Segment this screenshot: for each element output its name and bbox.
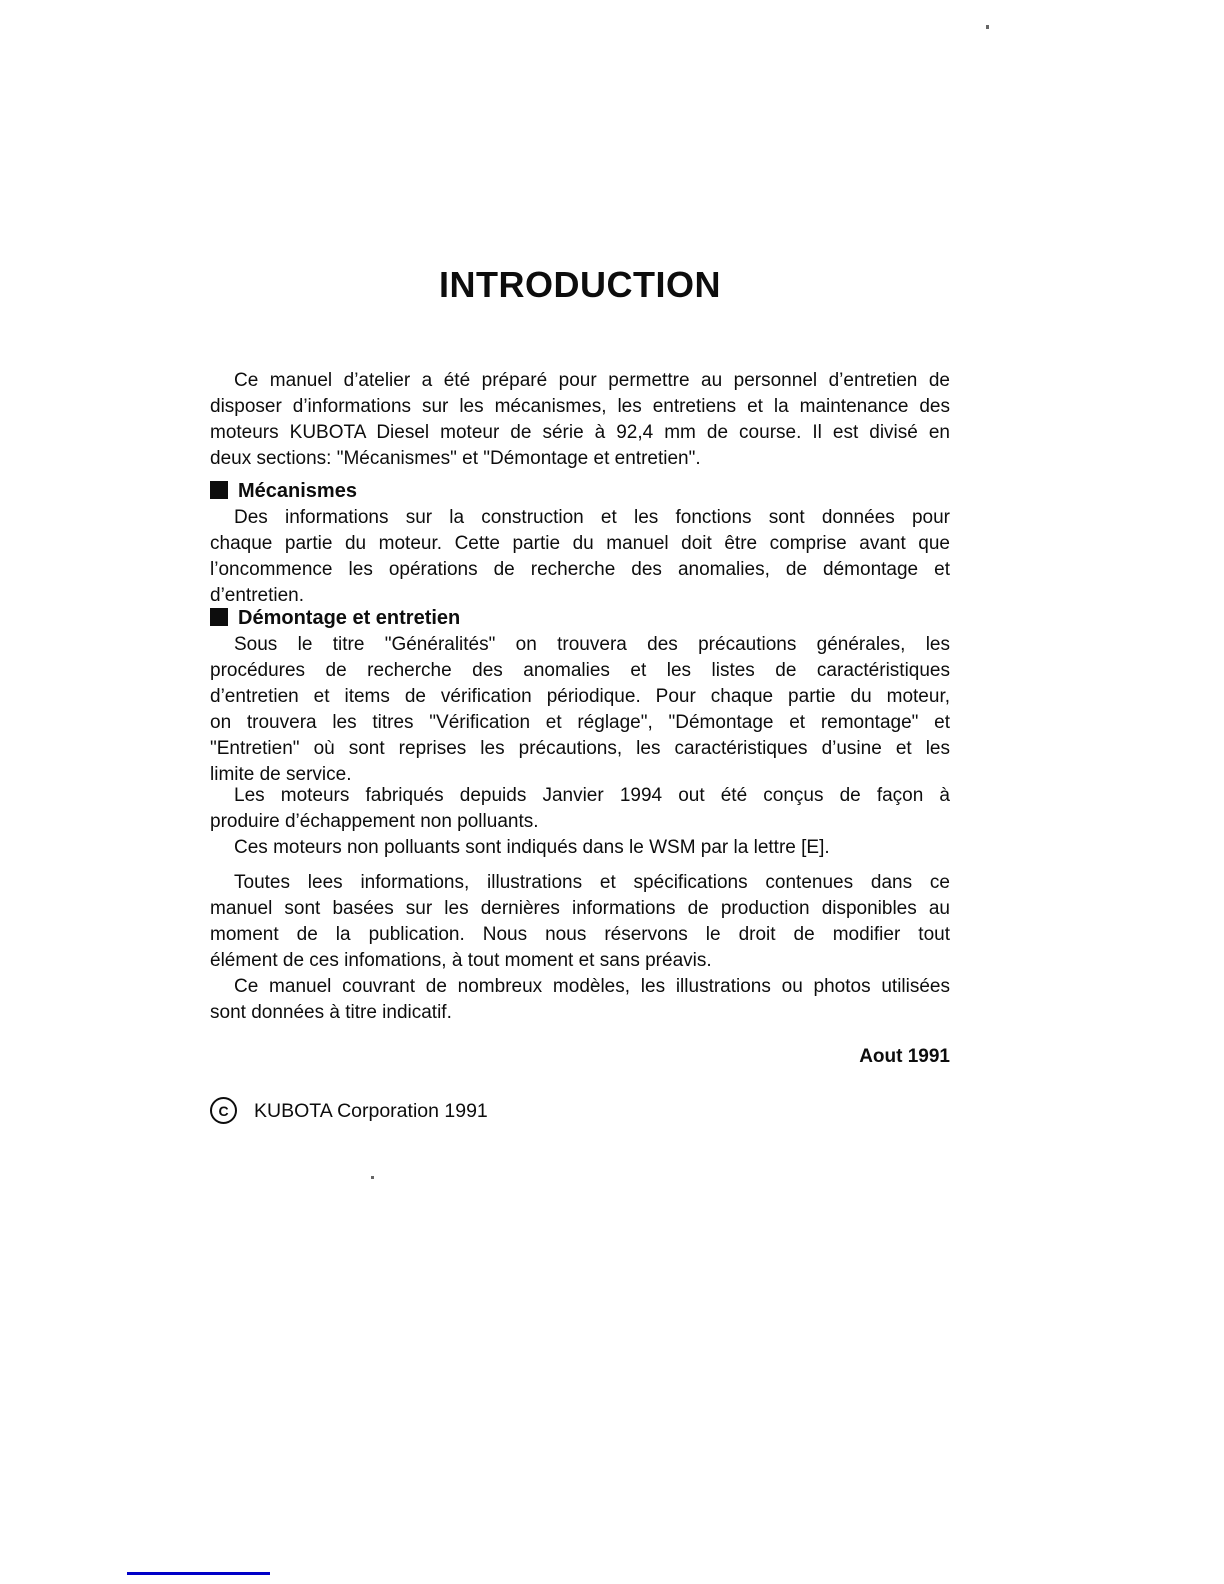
publication-date: Aout 1991 [210,1044,950,1070]
text-line: manuel sont basées sur les dernières inf… [210,896,950,922]
intro-paragraph: Ce manuel d’atelier a été préparé pour p… [210,368,950,472]
text-line: Sous le titre "Généralités" on trouvera … [210,632,950,658]
copyright-line: C KUBOTA Corporation 1991 [210,1097,950,1124]
text-line: élément de ces infomations, à tout momen… [210,948,950,974]
black-square-bullet-icon [210,481,228,499]
text-line: produire d’échappement non polluants. [210,809,950,835]
manual-page: INTRODUCTION Ce manuel d’atelier a été p… [0,0,1224,1584]
demontage-paragraph: Sous le titre "Généralités" on trouvera … [210,632,950,788]
section-heading-label: Démontage et entretien [238,607,460,629]
section-heading-demontage: Démontage et entretien [210,605,950,632]
text-line: Des informations sur la construction et … [210,505,950,531]
text-line: Toutes lees informations, illustrations … [210,870,950,896]
text-line: d’entretien et items de vérification pér… [210,684,950,710]
copyright-icon: C [210,1097,237,1124]
copyright-text: KUBOTA Corporation 1991 [254,1098,488,1124]
section-heading-mecanismes: Mécanismes [210,478,950,505]
text-line: disposer d’informations sur les mécanism… [210,394,950,420]
text-line: moteurs KUBOTA Diesel moteur de série à … [210,420,950,446]
mecanismes-paragraph: Des informations sur la construction et … [210,505,950,609]
black-square-bullet-icon [210,608,228,626]
text-line: Ce manuel couvrant de nombreux modèles, … [210,974,950,1000]
text-line: procédures de recherche des anomalies et… [210,658,950,684]
text-line: chaque partie du moteur. Cette partie du… [210,531,950,557]
text-line: l’oncommence les opérations de recherche… [210,557,950,583]
text-line: deux sections: "Mécanismes" et "Démontag… [210,446,950,472]
disclaimer-paragraph: Toutes lees informations, illustrations … [210,870,950,1026]
text-column: INTRODUCTION Ce manuel d’atelier a été p… [210,0,950,1584]
text-line: sont données à titre indicatif. [210,1000,950,1026]
scan-speck [371,1176,374,1179]
scan-speck [986,25,989,29]
bottom-blue-line [127,1572,270,1575]
emission-note-paragraph: Les moteurs fabriqués depuids Janvier 19… [210,783,950,861]
section-heading-label: Mécanismes [238,480,357,502]
text-line: moment de la publication. Nous nous rése… [210,922,950,948]
page-title: INTRODUCTION [210,266,950,304]
text-line: on trouvera les titres "Vérification et … [210,710,950,736]
text-line: Ces moteurs non polluants sont indiqués … [210,835,950,861]
text-line: Ce manuel d’atelier a été préparé pour p… [210,368,950,394]
text-line: "Entretien" où sont reprises les précaut… [210,736,950,762]
text-line: Les moteurs fabriqués depuids Janvier 19… [210,783,950,809]
